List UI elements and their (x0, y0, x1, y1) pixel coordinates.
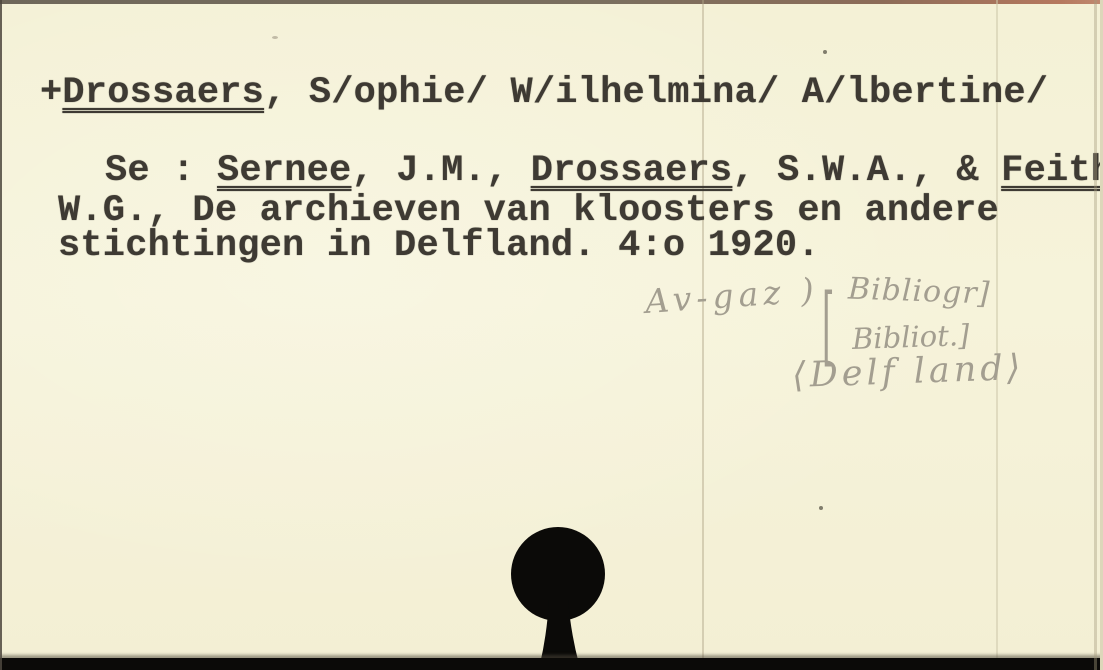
ref-author-feith: Feith (1001, 150, 1103, 192)
card-right-shadow (1094, 0, 1097, 670)
ref-author-drossaers: Drossaers (531, 150, 733, 192)
ref-initials-2: , S.W.A., & (732, 150, 1001, 192)
ref-initials-1: , J.M., (351, 150, 530, 192)
reference-line-3: stichtingen in Delfland. 4:o 1920. (58, 227, 820, 265)
heading-prefix-mark: + (40, 72, 62, 114)
card-bottom-edge (0, 658, 1103, 670)
ink-speck (823, 50, 827, 54)
card-top-edge (0, 0, 1103, 4)
heading-line: +Drossaers, S/ophie/ W/ilhelmina/ A/lber… (40, 74, 1048, 112)
heading-surname: Drossaers (62, 72, 264, 114)
pencil-shelfmark-note: Av-gaz ) (644, 270, 820, 321)
catalog-card: +Drossaers, S/ophie/ W/ilhelmina/ A/lber… (0, 0, 1103, 670)
pencil-note-bibliogr: Bibliogr] (847, 272, 990, 312)
ink-speck (272, 36, 278, 39)
card-left-edge (0, 0, 2, 670)
heading-forenames: , S/ophie/ W/ilhelmina/ A/lbertine/ (264, 72, 1048, 114)
pencil-subject-note: ⟨Delf land⟩ (791, 348, 1025, 396)
ink-speck (819, 506, 823, 510)
see-label: Se : (105, 150, 217, 192)
ref-author-sernee: Sernee (217, 150, 351, 192)
reference-line-1: Se : Sernee, J.M., Drossaers, S.W.A., & … (105, 152, 1103, 190)
